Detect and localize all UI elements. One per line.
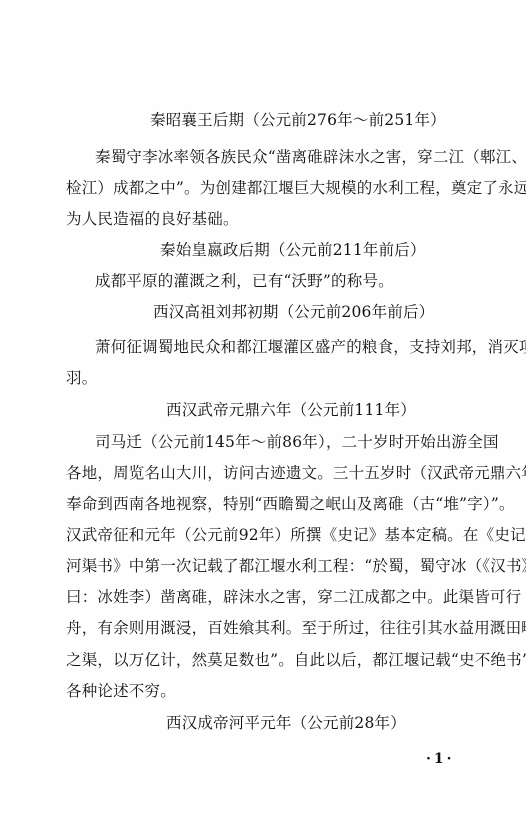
- section-heading: 西汉高祖刘邦初期（公元前206年前后）: [153, 302, 434, 322]
- page-number: ·1·: [426, 751, 455, 767]
- section-heading: 秦始皇嬴政后期（公元前211年前后）: [160, 240, 426, 260]
- paragraph-line: 各地，周览名山大川，访问古迹遗文。三十五岁时（汉武帝元鼎六年）: [66, 463, 486, 483]
- paragraph-line: 舟，有余则用溉浸，百姓飨其利。至于所过，往往引其水益用溉田畴: [66, 618, 486, 638]
- section-heading: 西汉成帝河平元年（公元前28年）: [166, 713, 406, 733]
- section-heading: 秦昭襄王后期（公元前276年～前251年）: [150, 110, 446, 130]
- paragraph-line: 羽。: [66, 368, 97, 388]
- paragraph-line: 河渠书》中第一次记载了都江堰水利工程：“於蜀，蜀守冰（《汉书》: [66, 556, 491, 576]
- paragraph-line: 为人民造福的良好基础。: [66, 209, 239, 229]
- paragraph-line: 曰：冰姓李）凿离碓，辟沫水之害，穿二江成都之中。此渠皆可行: [66, 587, 486, 607]
- paragraph-line: 秦蜀守李冰率领各族民众“凿离碓辟沫水之害，穿二江（郫江、: [95, 147, 483, 167]
- paragraph-line: 司马迁（公元前145年～前86年），二十岁时开始出游全国: [95, 432, 480, 452]
- paragraph-line: 之渠，以万亿计，然莫足数也”。自此以后，都江堰记载“史不绝书”，: [66, 650, 494, 670]
- section-heading: 西汉武帝元鼎六年（公元前111年）: [166, 400, 416, 420]
- paragraph-line: 检江）成都之中”。为创建都江堰巨大规模的水利工程，奠定了永远: [66, 178, 483, 198]
- document-page: 秦昭襄王后期（公元前276年～前251年） 秦蜀守李冰率领各族民众“凿离碓辟沫水…: [0, 0, 526, 837]
- paragraph-line: 汉武帝征和元年（公元前92年）所撰《史记》基本定稿。在《史记·: [66, 525, 493, 545]
- paragraph-line: 萧何征调蜀地民众和都江堰灌区盛产的粮食，支持刘邦，消灭项: [95, 337, 465, 357]
- paragraph-line: 成都平原的灌溉之利，已有“沃野”的称号。: [95, 271, 394, 291]
- paragraph-line: 各种论述不穷。: [66, 681, 176, 701]
- paragraph-line: 奉命到西南各地视察，特别“西瞻蜀之岷山及离碓（古“堆”字）”。: [66, 494, 494, 514]
